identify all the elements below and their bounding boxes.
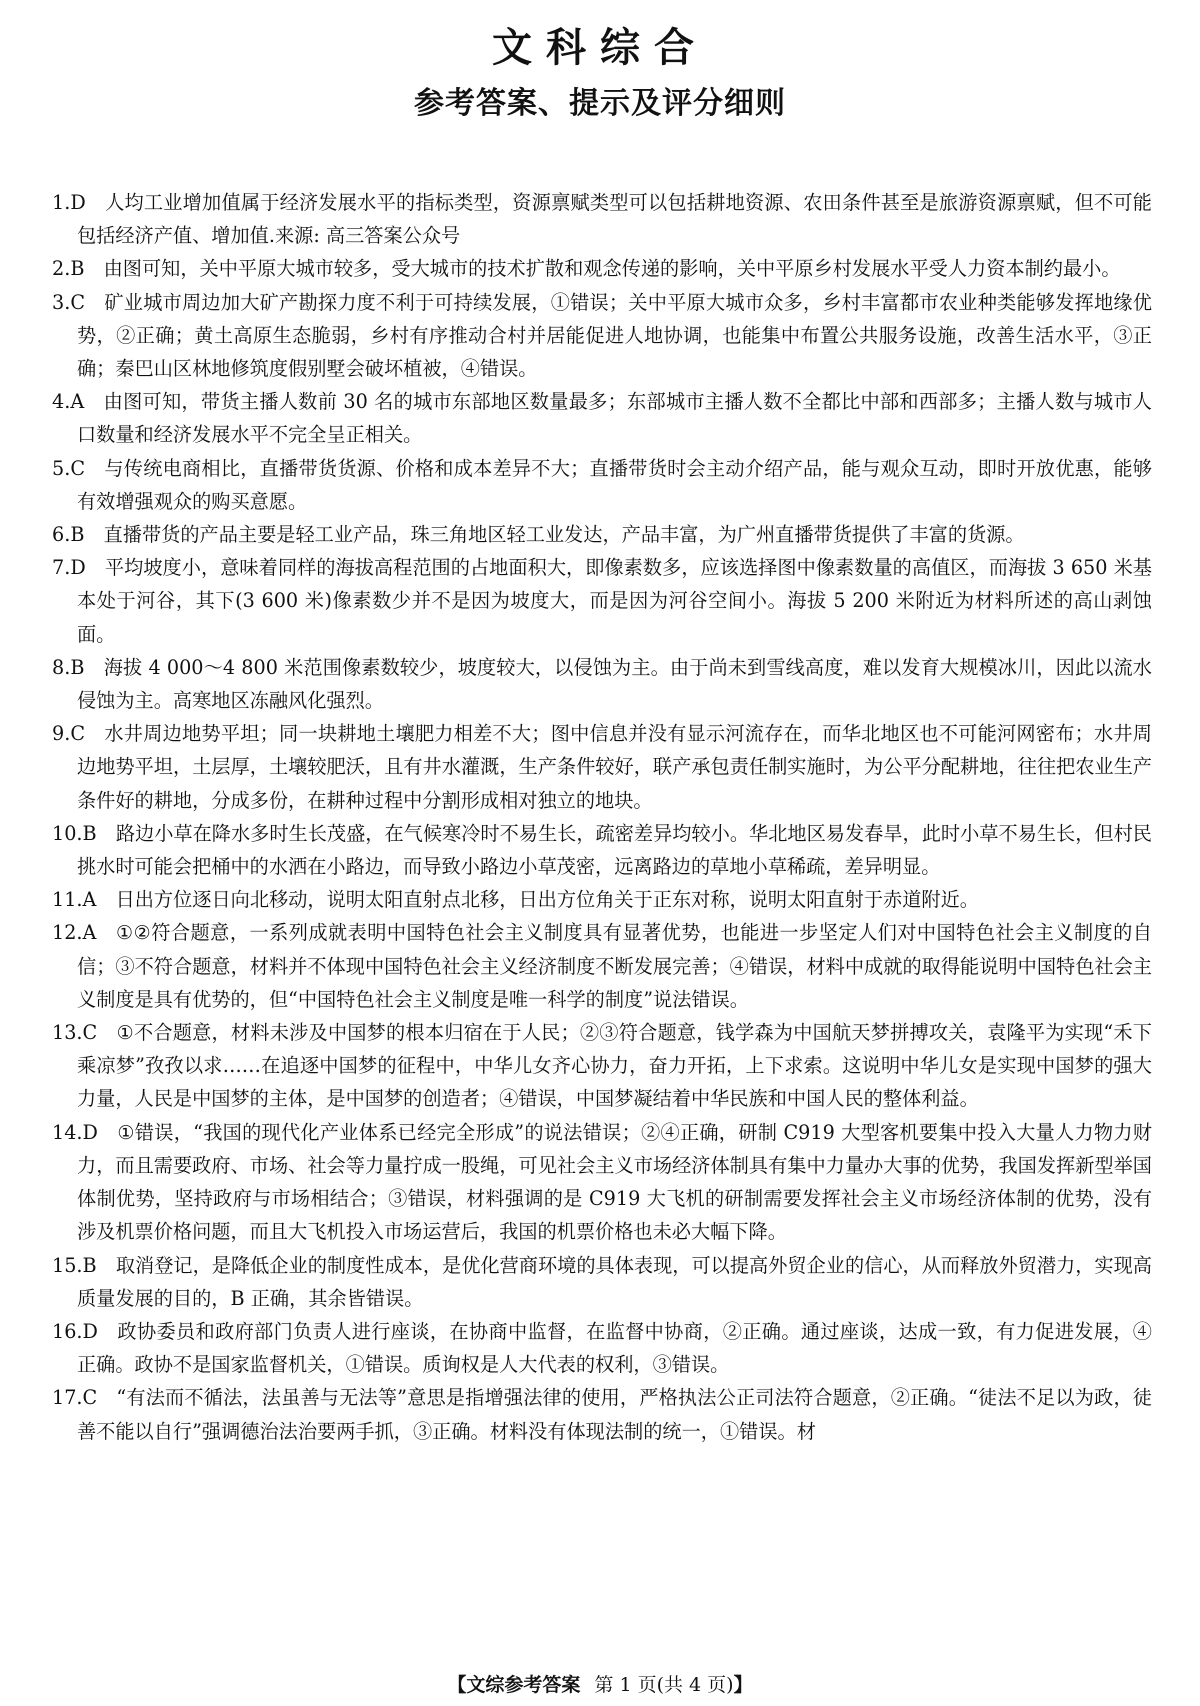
spacer (98, 1121, 117, 1144)
answer-choice: A (70, 390, 84, 413)
spacer (97, 1254, 116, 1277)
spacer (96, 888, 115, 911)
spacer (97, 822, 116, 845)
answer-explanation: ①不合题意，材料未涉及中国梦的根本归宿在于人民；②③符合题意，钱学森为中国航天梦… (77, 1021, 1152, 1110)
answer-explanation: “有法而不循法，法虽善与无法等”意思是指增强法律的使用，严格执法公正司法符合题意… (77, 1386, 1152, 1442)
answer-explanation: 矿业城市周边加大矿产勘探力度不利于可持续发展，①错误；关中平原大城市众多，乡村丰… (77, 291, 1152, 380)
footer-left-bracket: 【 (447, 1674, 466, 1696)
answer-choice: B (70, 257, 84, 280)
spacer (84, 523, 103, 546)
answer-choice: D (70, 191, 85, 214)
answer-choice: B (83, 822, 97, 845)
answer-item: 15.B 取消登记，是降低企业的制度性成本，是优化营商环境的具体表现，可以提高外… (52, 1249, 1152, 1315)
spacer (97, 1386, 116, 1409)
answer-number: 13. (52, 1021, 83, 1044)
answer-item: 14.D ①错误，“我国的现代化产业体系已经完全形成”的说法错误；②④正确，研制… (52, 1116, 1152, 1249)
spacer (98, 1320, 117, 1343)
answer-item: 4.A 由图可知，带货主播人数前 30 名的城市东部地区数量最多；东部城市主播人… (52, 385, 1152, 451)
answer-number: 14. (52, 1121, 83, 1144)
answer-item: 12.A ①②符合题意，一系列成就表明中国特色社会主义制度具有显著优势，也能进一… (52, 916, 1152, 1016)
answer-number: 6. (52, 523, 70, 546)
answer-explanation: 由图可知，带货主播人数前 30 名的城市东部地区数量最多；东部城市主播人数不全都… (77, 390, 1152, 446)
answer-explanation: 政协委员和政府部门负责人进行座谈，在协商中监督，在监督中协商，②正确。通过座谈，… (77, 1320, 1152, 1376)
answer-number: 4. (52, 390, 70, 413)
footer-right-bracket: 】 (734, 1674, 753, 1696)
spacer (85, 291, 104, 314)
answer-number: 7. (52, 556, 70, 579)
answer-explanation: 海拔 4 000～4 800 米范围像素数较少，坡度较大，以侵蚀为主。由于尚未到… (77, 656, 1152, 712)
answer-explanation: 由图可知，关中平原大城市较多，受大城市的技术扩散和观念传递的影响，关中平原乡村发… (104, 257, 1121, 280)
answer-explanation: 日出方位逐日向北移动，说明太阳直射点北移，日出方位角关于正东对称，说明太阳直射于… (116, 888, 979, 911)
answer-item: 11.A 日出方位逐日向北移动，说明太阳直射点北移，日出方位角关于正东对称，说明… (52, 883, 1152, 916)
answer-item: 17.C “有法而不循法，法虽善与无法等”意思是指增强法律的使用，严格执法公正司… (52, 1381, 1152, 1447)
answer-choice: D (83, 1320, 98, 1343)
page-footer: 【文综参考答案第 1 页(共 4 页)】 (0, 1672, 1200, 1698)
answer-choice: B (70, 656, 84, 679)
answer-number: 16. (52, 1320, 83, 1343)
document-subtitle: 参考答案、提示及评分细则 (0, 82, 1200, 126)
answer-number: 9. (52, 722, 70, 745)
answer-explanation: ①错误，“我国的现代化产业体系已经完全形成”的说法错误；②④正确，研制 C919… (77, 1121, 1152, 1244)
answer-item: 1.D 人均工业增加值属于经济发展水平的指标类型，资源禀赋类型可以包括耕地资源、… (52, 186, 1152, 252)
answer-item: 10.B 路边小草在降水多时生长茂盛，在气候寒冷时不易生长，疏密差异均较小。华北… (52, 817, 1152, 883)
answer-number: 15. (52, 1254, 83, 1277)
spacer (85, 722, 104, 745)
answer-item: 7.D 平均坡度小，意味着同样的海拔高程范围的占地面积大，即像素数多，应该选择图… (52, 551, 1152, 651)
document-title: 文科综合 (0, 22, 1200, 74)
answer-explanation: 水井周边地势平坦；同一块耕地土壤肥力相差不大；图中信息并没有显示河流存在，而华北… (77, 722, 1152, 811)
answer-number: 8. (52, 656, 70, 679)
answer-explanation: 人均工业增加值属于经济发展水平的指标类型，资源禀赋类型可以包括耕地资源、农田条件… (77, 191, 1152, 247)
answer-number: 5. (52, 457, 70, 480)
footer-page-info: 第 1 页(共 4 页) (594, 1674, 733, 1696)
answer-explanation: 直播带货的产品主要是轻工业产品，珠三角地区轻工业发达，产品丰富，为广州直播带货提… (104, 523, 1025, 546)
answer-choice: C (83, 1021, 98, 1044)
answer-item: 5.C 与传统电商相比，直播带货货源、价格和成本差异不大；直播带货时会主动介绍产… (52, 452, 1152, 518)
answer-item: 2.B 由图可知，关中平原大城市较多，受大城市的技术扩散和观念传递的影响，关中平… (52, 252, 1152, 285)
answer-list: 1.D 人均工业增加值属于经济发展水平的指标类型，资源禀赋类型可以包括耕地资源、… (52, 186, 1152, 1448)
spacer (84, 390, 103, 413)
answer-choice: B (83, 1254, 97, 1277)
spacer (86, 556, 105, 579)
answer-choice: C (70, 291, 85, 314)
answer-explanation: 与传统电商相比，直播带货货源、价格和成本差异不大；直播带货时会主动介绍产品，能与… (77, 457, 1152, 513)
footer-label: 文综参考答案 (466, 1674, 580, 1696)
answer-explanation: ①②符合题意，一系列成就表明中国特色社会主义制度具有显著优势，也能进一步坚定人们… (77, 921, 1152, 1010)
answer-item: 9.C 水井周边地势平坦；同一块耕地土壤肥力相差不大；图中信息并没有显示河流存在… (52, 717, 1152, 817)
answer-choice: C (70, 457, 85, 480)
answer-choice: A (83, 921, 97, 944)
answer-choice: D (83, 1121, 98, 1144)
answer-choice: A (83, 888, 97, 911)
answer-number: 2. (52, 257, 70, 280)
spacer (97, 1021, 116, 1044)
answer-item: 13.C ①不合题意，材料未涉及中国梦的根本归宿在于人民；②③符合题意，钱学森为… (52, 1016, 1152, 1116)
spacer (84, 257, 103, 280)
answer-number: 17. (52, 1386, 83, 1409)
answer-key-page: 文科综合 参考答案、提示及评分细则 1.D 人均工业增加值属于经济发展水平的指标… (0, 0, 1200, 1706)
answer-item: 6.B 直播带货的产品主要是轻工业产品，珠三角地区轻工业发达，产品丰富，为广州直… (52, 518, 1152, 551)
answer-choice: B (70, 523, 84, 546)
answer-explanation: 平均坡度小，意味着同样的海拔高程范围的占地面积大，即像素数多，应该选择图中像素数… (77, 556, 1152, 645)
spacer (86, 191, 105, 214)
answer-item: 3.C 矿业城市周边加大矿产勘探力度不利于可持续发展，①错误；关中平原大城市众多… (52, 286, 1152, 386)
spacer (85, 457, 104, 480)
answer-item: 16.D 政协委员和政府部门负责人进行座谈，在协商中监督，在监督中协商，②正确。… (52, 1315, 1152, 1381)
spacer (96, 921, 115, 944)
answer-number: 3. (52, 291, 70, 314)
answer-explanation: 路边小草在降水多时生长茂盛，在气候寒冷时不易生长，疏密差异均较小。华北地区易发春… (77, 822, 1152, 878)
answer-number: 10. (52, 822, 83, 845)
answer-explanation: 取消登记，是降低企业的制度性成本，是优化营商环境的具体表现，可以提高外贸企业的信… (77, 1254, 1152, 1310)
answer-choice: D (70, 556, 85, 579)
answer-choice: C (70, 722, 85, 745)
answer-number: 12. (52, 921, 83, 944)
answer-number: 1. (52, 191, 70, 214)
spacer (84, 656, 103, 679)
answer-number: 11. (52, 888, 83, 911)
answer-choice: C (83, 1386, 98, 1409)
answer-item: 8.B 海拔 4 000～4 800 米范围像素数较少，坡度较大，以侵蚀为主。由… (52, 651, 1152, 717)
